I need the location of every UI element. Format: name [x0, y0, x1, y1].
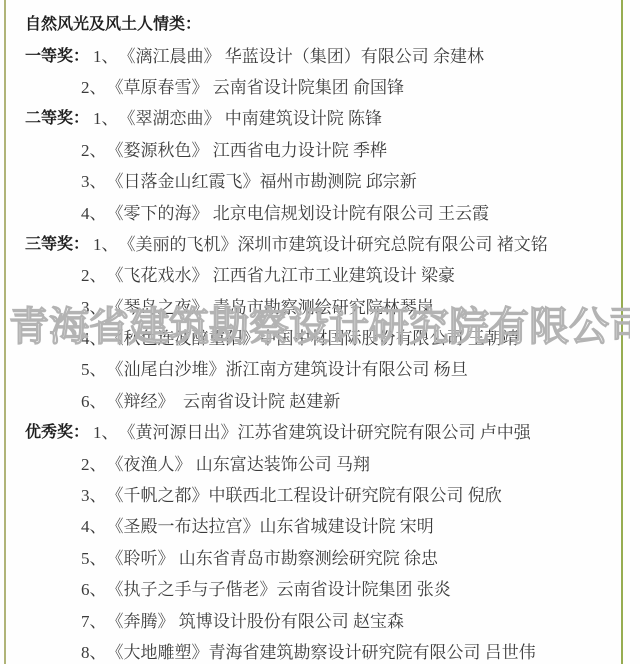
- entry-text: 《琴岛之夜》 青岛市勘察测绘研究院林琴岗: [107, 293, 434, 318]
- entry-text: 《漓江晨曲》 华蓝设计（集团）有限公司 余建林: [119, 42, 485, 67]
- entry-text: 《大地雕塑》青海省建筑勘察设计研究院有限公司 吕世伟: [107, 638, 536, 663]
- award-entry-row: 优秀奖：1、《黄河源日出》江苏省建筑设计研究院有限公司 卢中强: [0, 415, 640, 446]
- award-entry-row: 4、《圣殿一布达拉宫》山东省城建设计院 宋明: [0, 509, 640, 540]
- entry-number: 4、: [81, 324, 107, 349]
- entry-number: 1、: [93, 230, 119, 255]
- entry-text: 《零下的海》 北京电信规划设计院有限公司 王云霞: [107, 199, 490, 224]
- entry-number: 6、: [81, 575, 107, 600]
- entry-text: 《辩经》 云南省设计院 赵建新: [107, 387, 341, 412]
- award-entry-row: 6、《辩经》 云南省设计院 赵建新: [0, 384, 640, 415]
- entry-number: 1、: [93, 42, 119, 67]
- entry-text: 《执子之手与子偕老》云南省设计院集团 张炎: [107, 575, 451, 600]
- award-entry-row: 2、《夜渔人》 山东富达装饰公司 马翔: [0, 446, 640, 477]
- entry-text: 《翠湖恋曲》 中南建筑设计院 陈锋: [119, 104, 383, 129]
- award-tier-label: 优秀奖：: [25, 419, 89, 442]
- entry-text: 《千帆之都》中联西北工程设计研究院有限公司 倪欣: [107, 481, 502, 506]
- entry-number: 1、: [93, 104, 119, 129]
- entry-text: 《汕尾白沙堆》浙江南方建筑设计有限公司 杨旦: [107, 355, 468, 380]
- award-list: 一等奖：1、《漓江晨曲》 华蓝设计（集团）有限公司 余建林2、《草原春雪》 云南…: [0, 38, 640, 664]
- entry-number: 2、: [81, 450, 107, 475]
- entry-number: 8、: [81, 638, 107, 663]
- entry-number: 2、: [81, 73, 107, 98]
- entry-text: 《黄河源日出》江苏省建筑设计研究院有限公司 卢中强: [119, 418, 531, 443]
- award-entry-row: 8、《大地雕塑》青海省建筑勘察设计研究院有限公司 吕世伟: [0, 635, 640, 664]
- entry-text: 《日落金山红霞飞》福州市勘测院 邱宗新: [107, 167, 417, 192]
- entry-text: 《夜渔人》 山东富达装饰公司 马翔: [107, 450, 371, 475]
- entry-text: 《奔腾》 筑博设计股份有限公司 赵宝森: [107, 607, 405, 632]
- award-entry-row: 2、《草原春雪》 云南省设计院集团 俞国锋: [0, 70, 640, 101]
- award-entry-row: 一等奖：1、《漓江晨曲》 华蓝设计（集团）有限公司 余建林: [0, 38, 640, 69]
- entry-text: 《秋色连波醉重阳》中国中材国际股份有限公司 王朝靖: [107, 324, 519, 349]
- entry-number: 4、: [81, 199, 107, 224]
- award-entry-row: 4、《零下的海》 北京电信规划设计院有限公司 王云霞: [0, 195, 640, 226]
- award-entry-row: 3、《千帆之都》中联西北工程设计研究院有限公司 倪欣: [0, 478, 640, 509]
- entry-number: 5、: [81, 355, 107, 380]
- entry-number: 3、: [81, 167, 107, 192]
- award-tier-label: 一等奖：: [25, 43, 89, 66]
- entry-number: 3、: [81, 481, 107, 506]
- award-tier-label: 三等奖：: [25, 231, 89, 254]
- award-entry-row: 2、《婺源秋色》 江西省电力设计院 季桦: [0, 133, 640, 164]
- award-entry-row: 3、《日落金山红霞飞》福州市勘测院 邱宗新: [0, 164, 640, 195]
- category-heading: 自然风光及风土人情类：: [0, 7, 640, 38]
- entry-number: 3、: [81, 293, 107, 318]
- award-entry-row: 三等奖：1、《美丽的飞机》深圳市建筑设计研究总院有限公司 褚文铭: [0, 227, 640, 258]
- award-entry-row: 7、《奔腾》 筑博设计股份有限公司 赵宝森: [0, 603, 640, 634]
- entry-text: 《圣殿一布达拉宫》山东省城建设计院 宋明: [107, 512, 434, 537]
- award-entry-row: 4、《秋色连波醉重阳》中国中材国际股份有限公司 王朝靖: [0, 321, 640, 352]
- entry-text: 《婺源秋色》 江西省电力设计院 季桦: [107, 136, 388, 161]
- entry-text: 《聆听》 山东省青岛市勘察测绘研究院 徐忠: [107, 544, 439, 569]
- entry-number: 2、: [81, 136, 107, 161]
- award-tier-label: 二等奖：: [25, 105, 89, 128]
- award-entry-row: 3、《琴岛之夜》 青岛市勘察测绘研究院林琴岗: [0, 290, 640, 321]
- entry-number: 5、: [81, 544, 107, 569]
- award-entry-row: 6、《执子之手与子偕老》云南省设计院集团 张炎: [0, 572, 640, 603]
- entry-number: 6、: [81, 387, 107, 412]
- award-entry-row: 5、《聆听》 山东省青岛市勘察测绘研究院 徐忠: [0, 541, 640, 572]
- entry-number: 7、: [81, 607, 107, 632]
- entry-text: 《美丽的飞机》深圳市建筑设计研究总院有限公司 褚文铭: [119, 230, 548, 255]
- entry-number: 2、: [81, 261, 107, 286]
- document-body: 自然风光及风土人情类： 一等奖：1、《漓江晨曲》 华蓝设计（集团）有限公司 余建…: [0, 0, 640, 664]
- award-entry-row: 5、《汕尾白沙堆》浙江南方建筑设计有限公司 杨旦: [0, 352, 640, 383]
- entry-text: 《草原春雪》 云南省设计院集团 俞国锋: [107, 73, 405, 98]
- entry-number: 1、: [93, 418, 119, 443]
- award-entry-row: 二等奖：1、《翠湖恋曲》 中南建筑设计院 陈锋: [0, 101, 640, 132]
- entry-number: 4、: [81, 512, 107, 537]
- entry-text: 《飞花戏水》 江西省九江市工业建筑设计 梁豪: [107, 261, 456, 286]
- award-entry-row: 2、《飞花戏水》 江西省九江市工业建筑设计 梁豪: [0, 258, 640, 289]
